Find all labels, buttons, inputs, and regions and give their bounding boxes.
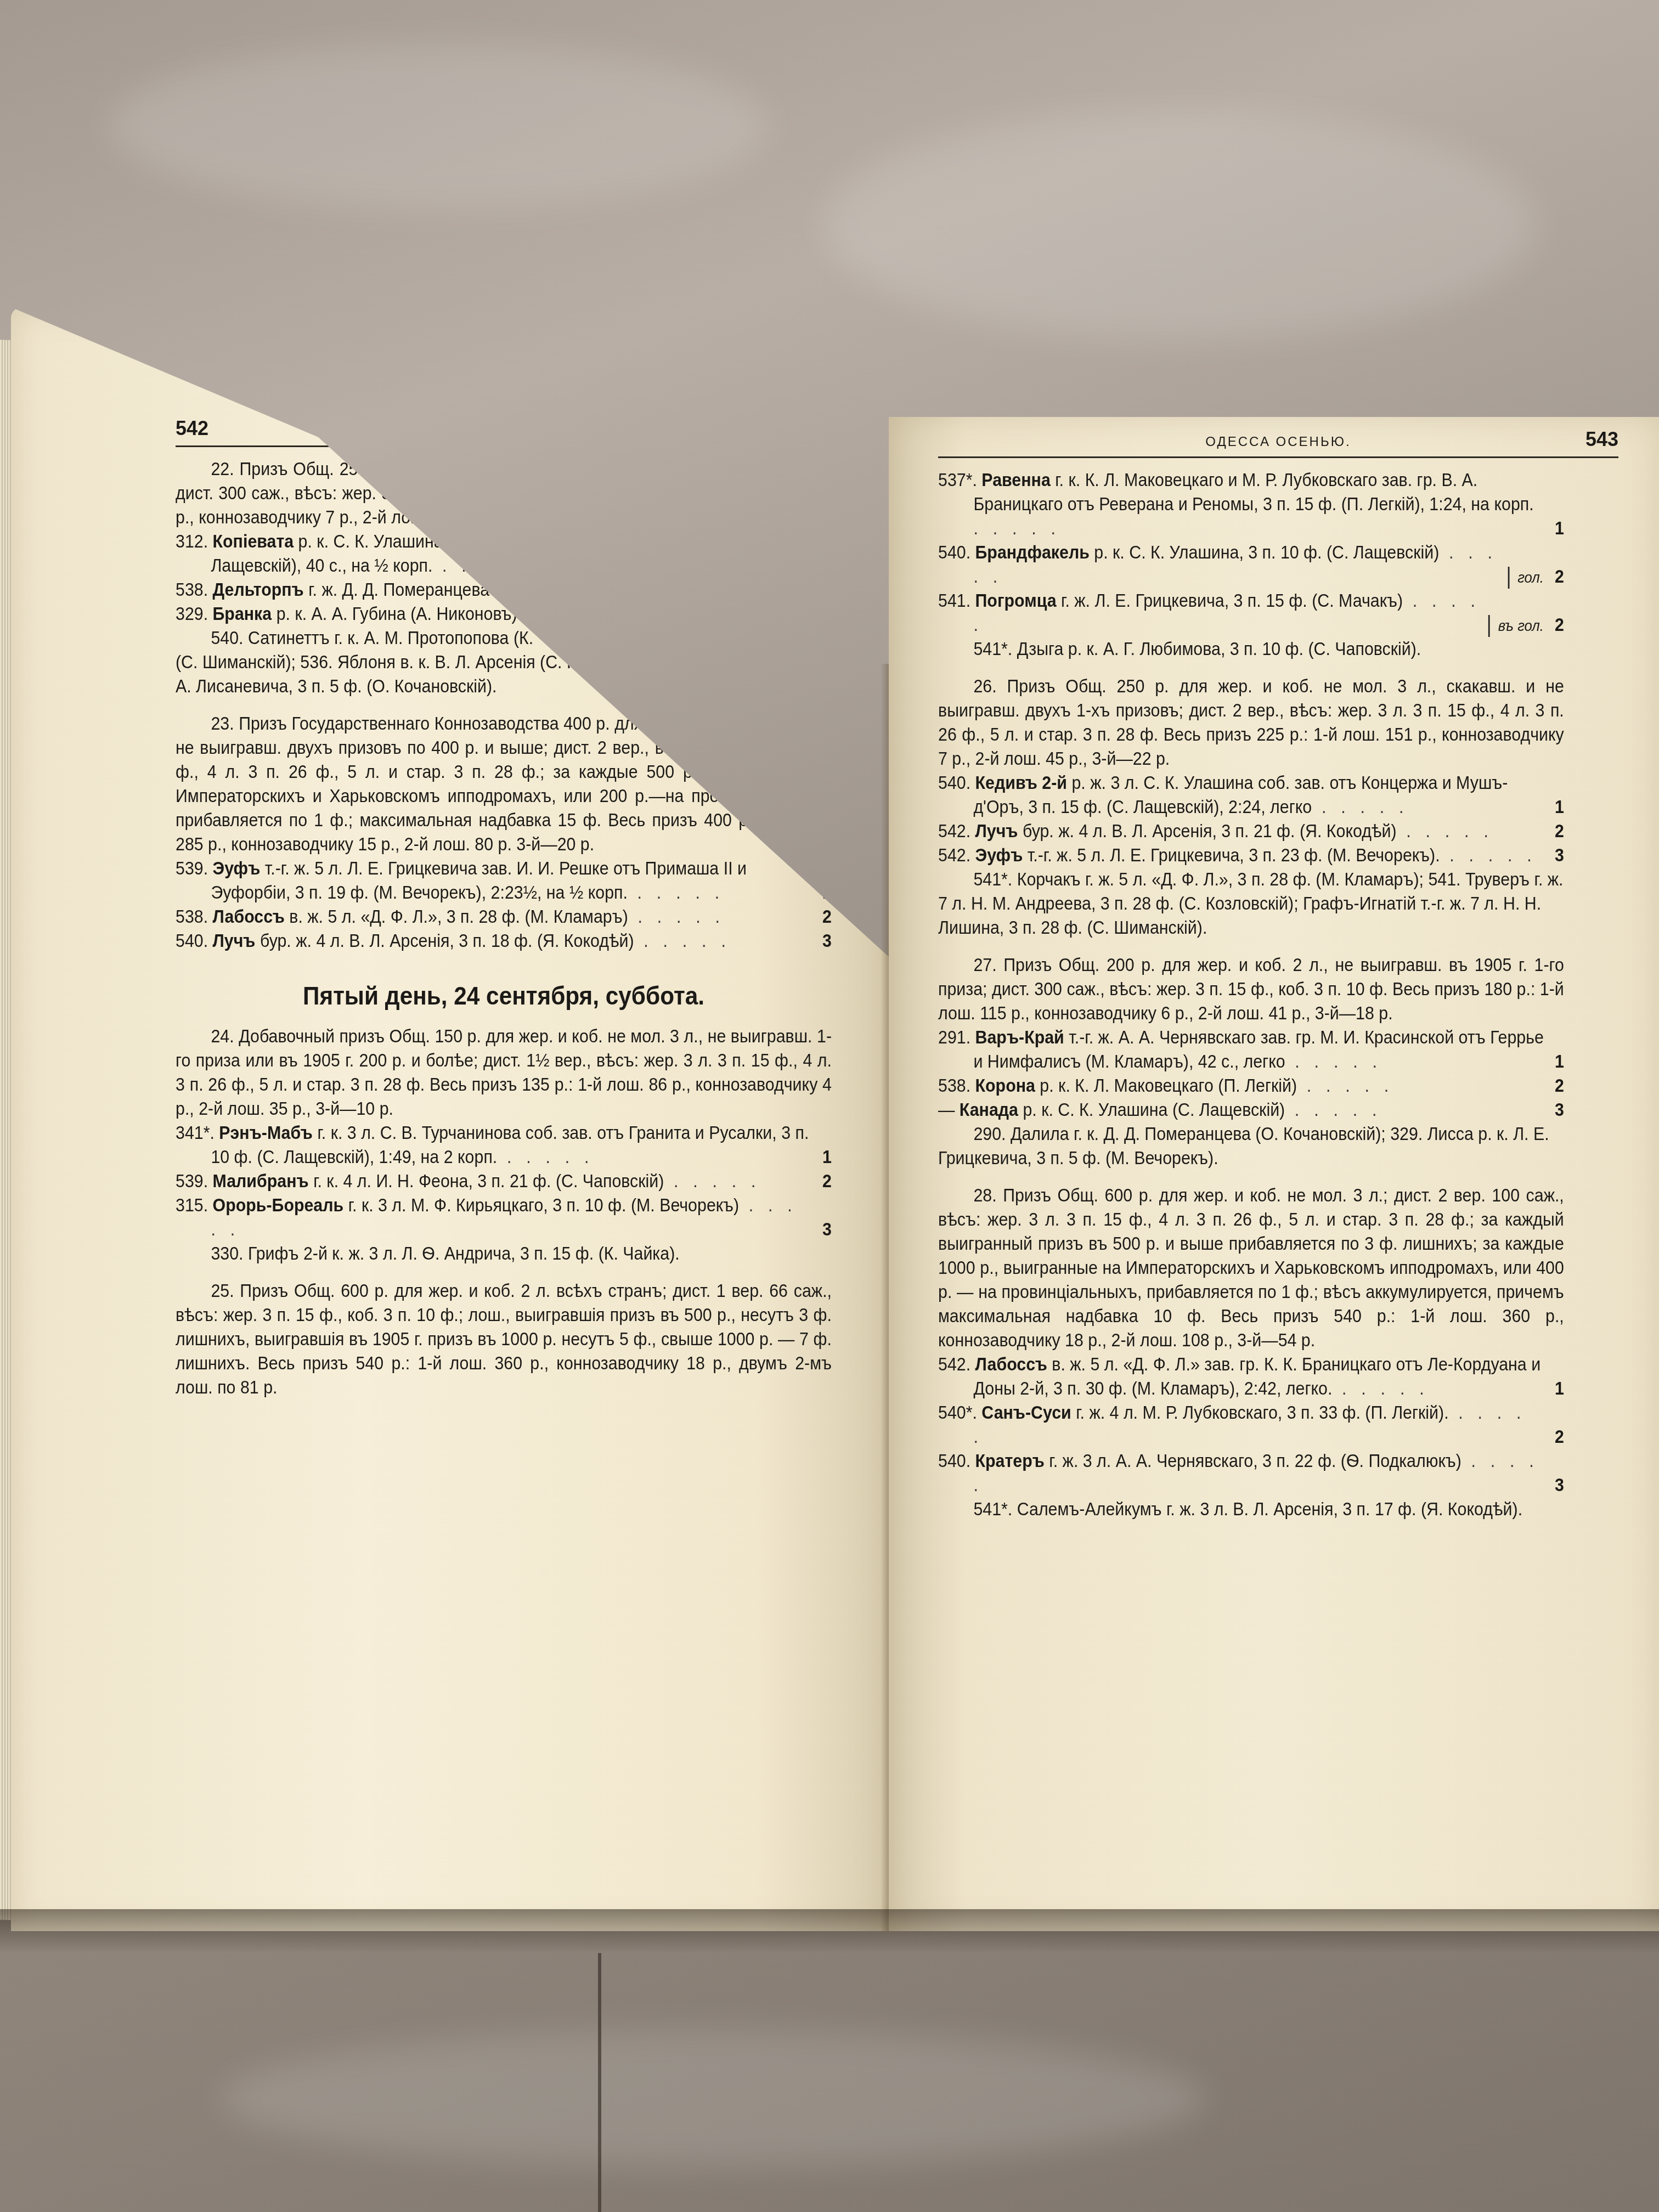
race-text: Призъ Общ. 250 р. для жер. и коб. 2 л., … [176, 459, 832, 527]
entry-text: 315. Орорь-Бореаль г. к. 3 л. М. Ф. Кирь… [176, 1193, 811, 1242]
entry-text: 537*. Равенна г. к. К. Л. Маковецкаго и … [938, 468, 1544, 540]
finish-place: 3 [1544, 1473, 1564, 1497]
entry-text: 540. Брандфакель р. к. С. К. Улашина, 3 … [938, 540, 1503, 589]
horse-number: 542. [938, 821, 970, 841]
horse-details: р. к. К. Л. Маковецкаго (П. Легкій) [1040, 1075, 1297, 1096]
horse-number: 540. [938, 542, 970, 562]
horse-details: бур. ж. 4 л. В. Л. Арсенія, 3 п. 18 ф. (… [260, 930, 634, 951]
horse-details: бур. ж. 4 л. В. Л. Арсенія, 3 п. 21 ф. (… [1023, 821, 1397, 841]
horse-number: 312. [176, 531, 208, 551]
leader-dots: . . . . . [628, 882, 724, 902]
horse-number: 539. [176, 858, 208, 878]
also-ran: 290. Далила г. к. Д. Д. Померанцева (О. … [938, 1122, 1564, 1170]
finish-place: 2 [811, 1169, 832, 1193]
finish-place: 1 [811, 554, 832, 578]
horse-name: Канада [960, 1099, 1018, 1120]
entry-text: 540. Лучъ бур. ж. 4 л. В. Л. Арсенія, 3 … [176, 929, 811, 953]
entry-text: 341*. Рэнъ-Мабъ г. к. 3 л. С. В. Турчани… [176, 1121, 811, 1169]
result-entry: 540. Лучъ бур. ж. 4 л. В. Л. Арсенія, 3 … [176, 929, 832, 953]
race-text: Призъ Общ. 200 р. для жер. и коб. 2 л., … [938, 955, 1564, 1023]
open-book: 542 Одесса осенью. 22. Призъ Общ. 250 р.… [0, 307, 1659, 1931]
finish-place: 3 [811, 1217, 832, 1242]
horse-details: г. к. 4 л. И. Н. Феона, 3 п. 21 ф. (С. Ч… [313, 1171, 664, 1191]
horse-details: р. к. А. А. Губина (А. Никоновъ) [276, 603, 517, 624]
horse-details: т.-г. ж. 5 л. Л. Е. Грицкевича, 3 п. 23 … [1028, 845, 1440, 865]
leader-dots: . . . . . [600, 579, 697, 600]
race-number: 28. [973, 1185, 996, 1205]
result-entry: 291. Варъ-Край т.-г. ж. А. А. Чернявскаг… [938, 1025, 1564, 1074]
horse-number: 538. [938, 1075, 970, 1096]
race-conditions: 25. Призъ Общ. 600 р. для жер. и коб. 2 … [176, 1279, 832, 1400]
result-entry: 538. Лабоссъ в. ж. 5 л. «Д. Ф. Л.», 3 п.… [176, 905, 832, 929]
result-entry: 542. Лабоссъ в. ж. 5 л. «Д. Ф. Л.» зав. … [938, 1352, 1564, 1401]
left-page-text: 22. Призъ Общ. 250 р. для жер. и коб. 2 … [176, 457, 832, 1400]
finish-place: 1 [1544, 1376, 1564, 1401]
race-text: Призъ Общ. 600 р. для жер. и коб. 2 л. в… [176, 1280, 832, 1397]
horse-number: 540. [938, 772, 970, 793]
finish-place: 2 [1544, 613, 1564, 637]
also-ran: 540. Сатинеттъ г. к. А. М. Протопопова (… [176, 626, 832, 698]
entry-text: — Канада р. к. С. К. Улашина (С. Лащевск… [938, 1098, 1544, 1122]
horse-number: 538. [176, 906, 208, 927]
result-entry: 540. Кедивъ 2-й р. ж. 3 л. С. К. Улашина… [938, 771, 1564, 819]
dead-heat-note: гол. [1508, 567, 1544, 589]
finish-place: 1 [1544, 516, 1564, 540]
header-title: Одесса осенью. [459, 424, 605, 439]
also-ran: 541*. Дзыга р. к. А. Г. Любимова, 3 п. 1… [938, 637, 1564, 661]
horse-number: 542. [938, 1354, 970, 1374]
horse-name: Кратеръ [975, 1451, 1045, 1471]
also-ran: 541*. Салемъ-Алейкумъ г. ж. 3 л. В. Л. А… [938, 1497, 1564, 1521]
result-entry: 541. Погромца г. ж. Л. Е. Грицкевича, 3 … [938, 589, 1564, 637]
race-number: 26. [973, 676, 996, 696]
entry-text: 541. Погромца г. ж. Л. Е. Грицкевича, 3 … [938, 589, 1483, 637]
entry-text: 542. Лучъ бур. ж. 4 л. В. Л. Арсенія, 3 … [938, 819, 1544, 843]
finish-place: 2 [1544, 1425, 1564, 1449]
horse-number: 341*. [176, 1122, 215, 1143]
entry-text: 312. Копіевата р. к. С. К. Улашина соб. … [176, 529, 811, 578]
horse-details: в. ж. 5 л. «Д. Ф. Л.», 3 п. 28 ф. (М. Кл… [289, 906, 628, 927]
leader-dots: . . . . . [517, 603, 614, 624]
horse-name: Малибранъ [213, 1171, 309, 1191]
result-entry: — Канада р. к. С. К. Улашина (С. Лащевск… [938, 1098, 1564, 1122]
finish-place: 2 [1544, 819, 1564, 843]
leader-dots: . . . . . [628, 906, 725, 927]
horse-details: г. к. К. Л. Маковецкаго и М. Р. Лубковск… [973, 470, 1533, 514]
horse-name: Рэнъ-Мабъ [219, 1122, 313, 1143]
race-number: 24. [211, 1026, 234, 1046]
left-page: 542 Одесса осенью. 22. Призъ Общ. 250 р.… [11, 307, 889, 1931]
header-title: Одесса осенью. [1205, 435, 1351, 450]
entry-text: 538. Дельторпъ г. ж. Д. Д. Померанцева (… [176, 578, 811, 602]
horse-name: Лабоссъ [975, 1354, 1047, 1374]
race-number: 23. [211, 713, 234, 733]
result-entry: 539. Малибранъ г. к. 4 л. И. Н. Феона, 3… [176, 1169, 832, 1193]
race-conditions: 28. Призъ Общ. 600 р. для жер. и коб. не… [938, 1183, 1564, 1352]
result-entry: 542. Лучъ бур. ж. 4 л. В. Л. Арсенія, 3 … [938, 819, 1564, 843]
horse-details: г. ж. 3 л. А. А. Чернявскаго, 3 п. 22 ф.… [1049, 1451, 1461, 1471]
horse-details: р. к. С. К. Улашина, 3 п. 10 ф. (С. Лаще… [1094, 542, 1439, 562]
horse-number: — [938, 1099, 955, 1120]
leader-dots: . . . . . [1285, 1051, 1382, 1071]
horse-number: 539. [176, 1171, 208, 1191]
book-shadow [0, 1909, 1659, 1953]
horse-name: Лабоссъ [213, 906, 285, 927]
horse-name: Равенна [981, 470, 1050, 490]
race-text: Призъ Общ. 250 р. для жер. и коб. не мол… [938, 676, 1564, 769]
horse-details: г. ж. 4 л. М. Р. Лубковскаго, 3 п. 33 ф.… [1076, 1402, 1448, 1423]
horse-details: р. к. С. К. Улашина (С. Лащевскій) [1023, 1099, 1285, 1120]
horse-details: в. ж. 5 л. «Д. Ф. Л.» зав. гр. К. К. Бра… [973, 1354, 1541, 1398]
horse-number: 538. [176, 579, 208, 600]
leader-dots: . . . . . [1332, 1378, 1429, 1398]
finish-place: 1 [1544, 795, 1564, 819]
horse-number: 315. [176, 1195, 208, 1215]
result-entry: 329. Бранка р. к. А. А. Губина (А. Никон… [176, 602, 832, 626]
race-number: 22. [211, 459, 234, 479]
dead-heat-note: въ гол. [1488, 615, 1544, 637]
race-number: 27. [973, 955, 996, 975]
result-entry: 312. Копіевата р. к. С. К. Улашина соб. … [176, 529, 832, 578]
horse-name: Эуфъ [975, 845, 1023, 865]
leader-dots: . . . . . [1440, 845, 1537, 865]
horse-details: г. к. 3 л. М. Ф. Кирьяцкаго, 3 п. 10 ф. … [348, 1195, 739, 1215]
also-ran: 330. Грифъ 2-й к. ж. 3 л. Л. Ѳ. Андрича,… [176, 1242, 832, 1266]
finish-place: 2 [1544, 565, 1564, 589]
leader-dots: . . . . . [664, 1171, 760, 1191]
race-conditions: 22. Призъ Общ. 250 р. для жер. и коб. 2 … [176, 457, 832, 529]
horse-details: г. ж. Л. Е. Грицкевича, 3 п. 15 ф. (С. М… [1061, 590, 1403, 611]
horse-name: Эуфъ [213, 858, 261, 878]
table-highlight [219, 2030, 1207, 2167]
result-entry: 538. Корона р. к. К. Л. Маковецкаго (П. … [938, 1074, 1564, 1098]
finish-place: 1 [811, 881, 832, 905]
entry-text: 539. Малибранъ г. к. 4 л. И. Н. Феона, 3… [176, 1169, 811, 1193]
horse-number: 329. [176, 603, 208, 624]
page-number: 543 [1585, 428, 1618, 451]
running-head: Одесса осенью. 543 [938, 428, 1618, 458]
finish-place: 2 [811, 905, 832, 929]
entry-text: 542. Лабоссъ в. ж. 5 л. «Д. Ф. Л.» зав. … [938, 1352, 1544, 1401]
leader-dots: . . . . . [1297, 1075, 1393, 1096]
result-entry: 542. Эуфъ т.-г. ж. 5 л. Л. Е. Грицкевича… [938, 843, 1564, 867]
horse-number: 542. [938, 845, 970, 865]
leader-dots: . . . . . [1285, 1099, 1381, 1120]
finish-place: 2 [1544, 1074, 1564, 1098]
entry-text: 539. Эуфъ т.-г. ж. 5 л. Л. Е. Грицкевича… [176, 856, 811, 905]
race-conditions: 24. Добавочный призъ Общ. 150 р. для жер… [176, 1024, 832, 1121]
horse-number: 540. [176, 930, 208, 951]
right-page-text: 537*. Равенна г. к. К. Л. Маковецкаго и … [938, 468, 1564, 1521]
horse-name: Копіевата [213, 531, 294, 551]
finish-place: 2 [811, 578, 832, 602]
result-entry: 540. Кратеръ г. ж. 3 л. А. А. Чернявскаг… [938, 1449, 1564, 1497]
finish-place: 1 [811, 1145, 832, 1169]
result-entry: 538. Дельторпъ г. ж. Д. Д. Померанцева (… [176, 578, 832, 602]
horse-name: Корона [975, 1075, 1035, 1096]
leader-dots: . . . . . [432, 555, 529, 575]
horse-name: Санъ-Суси [981, 1402, 1071, 1423]
horse-name: Лучъ [213, 930, 256, 951]
result-entry: 539. Эуфъ т.-г. ж. 5 л. Л. Е. Грицкевича… [176, 856, 832, 905]
race-conditions: 26. Призъ Общ. 250 р. для жер. и коб. не… [938, 674, 1564, 771]
table-highlight [823, 110, 1536, 340]
horse-number: 541. [938, 590, 970, 611]
entry-text: 540. Кедивъ 2-й р. ж. 3 л. С. К. Улашина… [938, 771, 1544, 819]
table-highlight [110, 44, 768, 208]
also-ran: 541*. Корчакъ г. ж. 5 л. «Д. Ф. Л.», 3 п… [938, 867, 1564, 940]
horse-name: Бранка [213, 603, 272, 624]
running-head: 542 Одесса осенью. [176, 417, 889, 447]
leader-dots: . . . . . [634, 930, 731, 951]
horse-name: Дельторпъ [213, 579, 304, 600]
horse-number: 537*. [938, 470, 977, 490]
horse-number: 540*. [938, 1402, 977, 1423]
horse-name: Орорь-Бореаль [213, 1195, 344, 1215]
race-conditions: 23. Призъ Государственнаго Конно­заводст… [176, 712, 832, 856]
entry-text: 540*. Санъ-Суси г. ж. 4 л. М. Р. Лубковс… [938, 1401, 1544, 1449]
finish-place: 3 [811, 929, 832, 953]
horse-name: Брандфакель [975, 542, 1090, 562]
race-text: Призъ Государственнаго Конно­заводства 4… [176, 713, 832, 854]
horse-name: Варъ-Край [975, 1027, 1064, 1047]
entry-text: 542. Эуфъ т.-г. ж. 5 л. Л. Е. Грицкевича… [938, 843, 1544, 867]
horse-number: 291. [938, 1027, 970, 1047]
table-crack [598, 1953, 601, 2212]
finish-place: 3 [1544, 1098, 1564, 1122]
finish-place: 1 [1544, 1049, 1564, 1074]
right-page: Одесса осенью. 543 537*. Равенна г. к. К… [889, 417, 1659, 1931]
entry-text: 538. Корона р. к. К. Л. Маковецкаго (П. … [938, 1074, 1544, 1098]
race-text: Призъ Общ. 600 р. для жер. и коб. не мол… [938, 1185, 1564, 1350]
horse-details: г. ж. Д. Д. Померанцева (В. Серегинъ) [308, 579, 600, 600]
page-number: 542 [176, 417, 208, 440]
horse-number: 540. [938, 1451, 970, 1471]
leader-dots: . . . . . [497, 1147, 594, 1167]
finish-place: 3 [811, 602, 832, 626]
result-entry: 540. Брандфакель р. к. С. К. Улашина, 3 … [938, 540, 1564, 589]
horse-name: Погромца [975, 590, 1057, 611]
right-page-content: Одесса осенью. 543 537*. Равенна г. к. К… [938, 428, 1618, 1521]
horse-name: Лучъ [975, 821, 1018, 841]
leader-dots: . . . . . [1312, 797, 1408, 817]
result-entry: 540*. Санъ-Суси г. ж. 4 л. М. Р. Лубковс… [938, 1401, 1564, 1449]
finish-place: 3 [1544, 843, 1564, 867]
race-number: 25. [211, 1280, 234, 1301]
entry-text: 291. Варъ-Край т.-г. ж. А. А. Чернявскаг… [938, 1025, 1544, 1074]
day-heading: Пятый день, 24 сентября, суббота. [176, 984, 832, 1008]
race-text: Добавочный призъ Общ. 150 р. для жер. и … [176, 1026, 832, 1119]
result-entry: 315. Орорь-Бореаль г. к. 3 л. М. Ф. Кирь… [176, 1193, 832, 1242]
entry-text: 538. Лабоссъ в. ж. 5 л. «Д. Ф. Л.», 3 п.… [176, 905, 811, 929]
entry-text: 540. Кратеръ г. ж. 3 л. А. А. Чернявскаг… [938, 1449, 1544, 1497]
left-page-content: 542 Одесса осенью. 22. Призъ Общ. 250 р.… [176, 417, 889, 1400]
result-entry: 341*. Рэнъ-Мабъ г. к. 3 л. С. В. Турчани… [176, 1121, 832, 1169]
horse-name: Кедивъ 2-й [975, 772, 1067, 793]
race-conditions: 27. Призъ Общ. 200 р. для жер. и коб. 2 … [938, 953, 1564, 1025]
result-entry: 537*. Равенна г. к. К. Л. Маковецкаго и … [938, 468, 1564, 540]
leader-dots: . . . . . [973, 518, 1060, 538]
entry-text: 329. Бранка р. к. А. А. Губина (А. Никон… [176, 602, 811, 626]
leader-dots: . . . . . [1397, 821, 1493, 841]
